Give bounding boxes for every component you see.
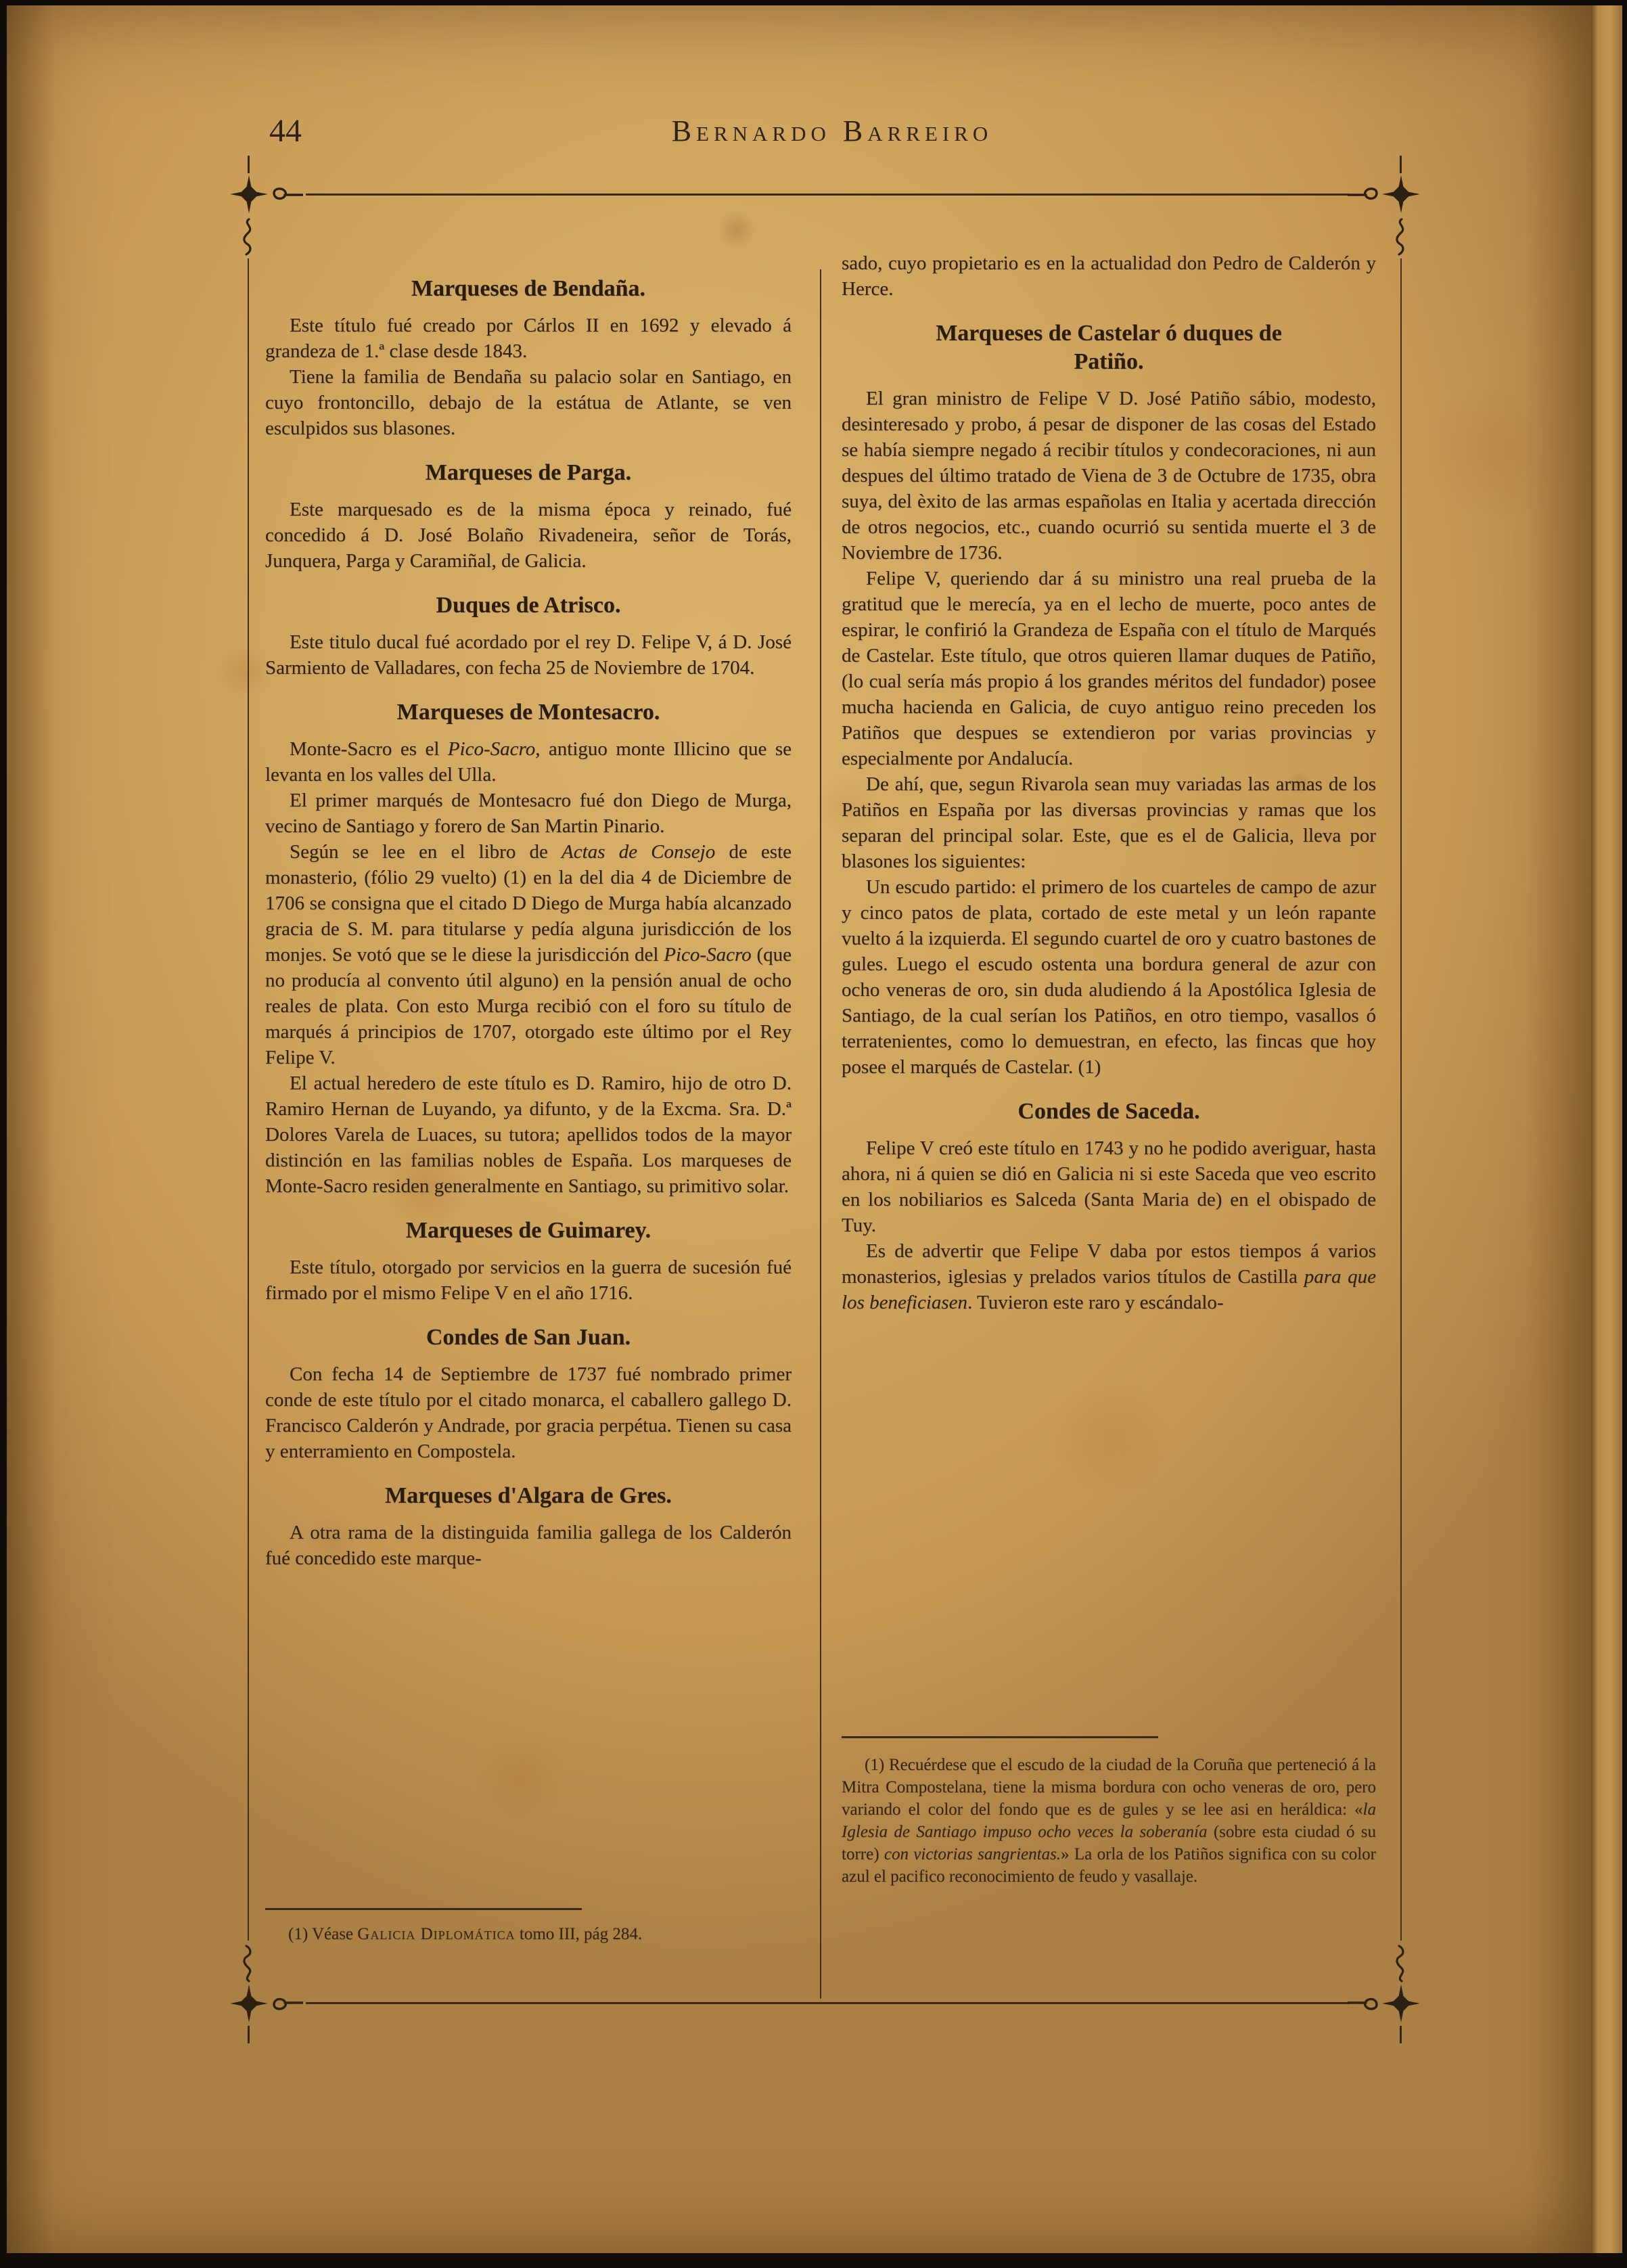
paragraph: Este titulo ducal fué acordado por el re…: [265, 629, 792, 681]
paragraph: El actual heredero de este título es D. …: [265, 1070, 792, 1199]
section-heading: Duques de Atrisco.: [325, 591, 731, 620]
right-footnote-rule: [842, 1736, 1158, 1738]
paragraph: Un escudo partido: el primero de los cua…: [842, 874, 1376, 1080]
paragraph: Felipe V, queriendo dar á su ministro un…: [842, 566, 1376, 771]
section-heading: Marqueses de Castelar ó duques de Patiño…: [906, 319, 1312, 376]
paragraph: Este título, otorgado por servicios en l…: [265, 1254, 792, 1306]
right-footnote: (1) Recuérdese que el escudo de la ciuda…: [842, 1754, 1376, 1888]
border-scroll-icon: [241, 218, 256, 257]
page-number: 44: [269, 112, 302, 150]
paragraph: Según se lee en el libro de Actas de Con…: [265, 839, 792, 1070]
scanned-book-page: 44 Bernardo Barreiro: [0, 0, 1627, 2268]
paragraph: De ahí, que, segun Rivarola sean muy var…: [842, 771, 1376, 874]
ornament-tail: [248, 156, 250, 173]
rule-curl-icon: [271, 1993, 303, 2014]
ornament-tail: [248, 2026, 250, 2043]
section-heading: Marqueses de Montesacro.: [325, 698, 731, 727]
rule-curl-icon: [1348, 1993, 1380, 2014]
paragraph: Monte-Sacro es el Pico-Sacro, antiguo mo…: [265, 736, 792, 788]
rule-curl-icon: [271, 184, 303, 204]
top-ornament-rule: [306, 194, 1349, 196]
paragraph: Este marquesado es de la misma época y r…: [265, 497, 792, 574]
left-column-text: Marqueses de Bendaña.Este título fué cre…: [265, 273, 792, 1571]
left-footnote-rule: [265, 1908, 582, 1910]
ornament-tail: [1400, 2026, 1402, 2043]
section-heading: Marqueses de Parga.: [325, 459, 731, 487]
right-column-text: sado, cuyo propietario es en la actualid…: [842, 250, 1376, 1315]
paragraph: El gran ministro de Felipe V D. José Pat…: [842, 386, 1376, 566]
paragraph: Este título fué creado por Cárlos II en …: [265, 313, 792, 364]
paragraph: Tiene la familia de Bendaña su palacio s…: [265, 364, 792, 441]
paragraph: A otra rama de la distinguida familia ga…: [265, 1520, 792, 1571]
paragraph: Con fecha 14 de Septiembre de 1737 fué n…: [265, 1361, 792, 1464]
section-heading: Marqueses de Bendaña.: [325, 275, 731, 303]
paragraph: Felipe V creó este título en 1743 y no h…: [842, 1135, 1376, 1238]
section-heading: Condes de San Juan.: [325, 1323, 731, 1352]
section-heading: Marqueses de Guimarey.: [325, 1217, 731, 1245]
column-divider-line: [820, 269, 821, 1999]
running-header: Bernardo Barreiro: [386, 114, 1279, 148]
corner-star-icon: [1381, 175, 1421, 214]
bottom-ornament-rule: [306, 2002, 1349, 2004]
section-heading: Condes de Saceda.: [906, 1097, 1312, 1126]
section-heading: Marqueses d'Algara de Gres.: [325, 1482, 731, 1510]
border-scroll-icon: [1394, 218, 1408, 257]
book-page-edge: [1591, 5, 1622, 2253]
rule-curl-icon: [1348, 184, 1380, 204]
paragraph: sado, cuyo propietario es en la actualid…: [842, 250, 1376, 302]
corner-star-icon: [229, 175, 269, 214]
corner-star-icon: [229, 1984, 269, 2023]
paragraph: Es de advertir que Felipe V daba por est…: [842, 1238, 1376, 1315]
border-scroll-icon: [241, 1943, 256, 1982]
right-border-line: [1400, 258, 1402, 1941]
left-footnote: (1) Véase Galicia Diplomática tomo III, …: [265, 1923, 792, 1945]
corner-star-icon: [1381, 1984, 1421, 2023]
border-scroll-icon: [1394, 1943, 1408, 1982]
ornament-tail: [1400, 156, 1402, 173]
left-border-line: [248, 258, 249, 1941]
paragraph: El primer marqués de Montesacro fué don …: [265, 788, 792, 839]
